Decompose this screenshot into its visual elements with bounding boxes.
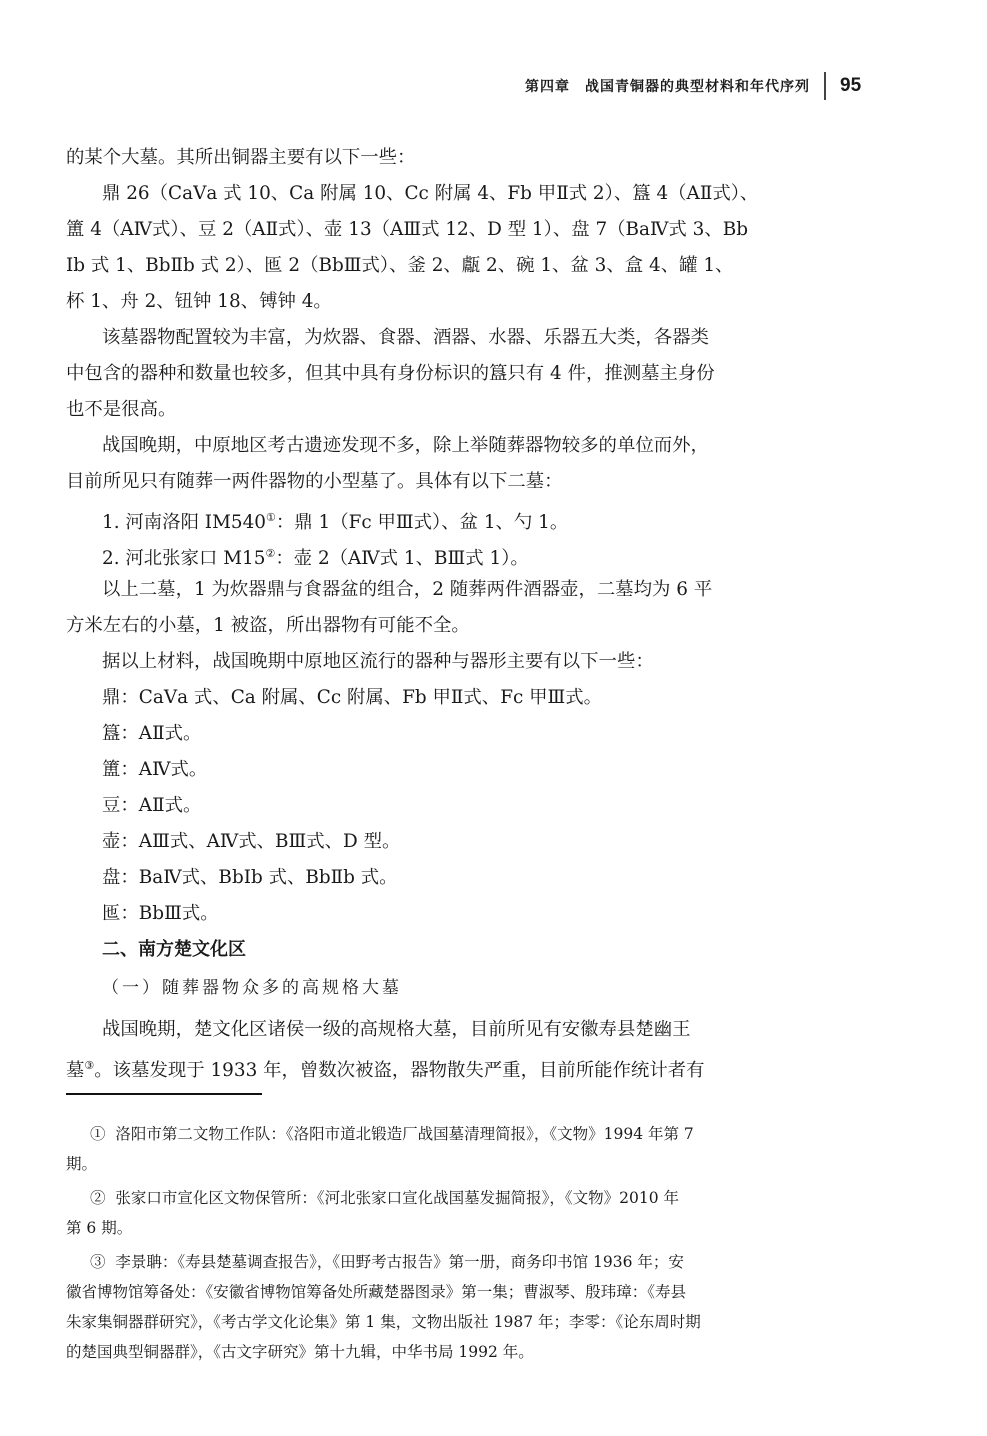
- footnote-3-cont: 的楚国典型铜器群》，《古文字研究》第十九辑，中华书局 1992 年。: [66, 1341, 534, 1363]
- vessel-forms: ：BbⅢ式。: [120, 903, 218, 924]
- paragraph-line: 杯 1、舟 2、钮钟 18、镈钟 4。: [66, 290, 332, 314]
- paragraph-line: 墓③。该墓发现于 1933 年，曾数次被盗，器物散失严重，目前所能作统计者有: [66, 1054, 705, 1078]
- tomb-contents: ：鼎 1（Fc 甲Ⅲ式）、盆 1、勺 1。: [276, 512, 568, 533]
- text-fragment: 。该墓发现于 1933 年，曾数次被盗，器物散失严重，目前所能作统计者有: [94, 1060, 704, 1081]
- paragraph-line: Ⅰb 式 1、BbⅡb 式 2）、匜 2（BbⅢ式）、釜 2、甗 2、碗 1、盆…: [66, 254, 733, 278]
- footnote-3-cont: 徽省博物馆筹备处：《安徽省博物馆筹备处所藏楚器图录》第一集；曹淑琴、殷玮璋：《寿…: [66, 1281, 686, 1303]
- paragraph-line: 目前所见只有随葬一两件器物的小型墓了。具体有以下二墓：: [66, 470, 563, 494]
- chapter-title: 第四章 战国青铜器的典型材料和年代序列: [525, 76, 810, 96]
- footnote-3-cont: 朱家集铜器群研究》，《考古学文化论集》第 1 集，文物出版社 1987 年；李零…: [66, 1311, 701, 1333]
- header-divider: [824, 72, 826, 100]
- paragraph-line: 战国晚期，楚文化区诸侯一级的高规格大墓，目前所见有安徽寿县楚幽王: [102, 1018, 691, 1042]
- paragraph-line: 中包含的器种和数量也较多，但其中具有身份标识的簋只有 4 件，推测墓主身份: [66, 362, 715, 386]
- footnote-ref-3[interactable]: ③: [84, 1059, 94, 1072]
- subsection-heading: （一）随葬器物众多的高规格大墓: [102, 976, 402, 1000]
- footnote-2: ② 张家口市宣化区文物保管所：《河北张家口宣化战国墓发掘简报》，《文物》2010…: [90, 1187, 679, 1209]
- paragraph-line: 据以上材料，战国晚期中原地区流行的器种与器形主要有以下一些：: [102, 650, 654, 674]
- vessel-name: 鼎: [102, 687, 120, 708]
- footnote-text: 洛阳市第二文物工作队：《洛阳市道北锻造厂战国墓清理简报》，《文物》1994 年第…: [115, 1125, 693, 1143]
- vessel-name: 豆: [102, 795, 120, 816]
- tomb-list-item: 1. 河南洛阳 IM540①：鼎 1（Fc 甲Ⅲ式）、盆 1、勺 1。: [102, 506, 568, 530]
- vessel-name: 壶: [102, 831, 120, 852]
- footnote-marker: ①: [90, 1125, 106, 1143]
- vessel-type-item: 簋：AⅡ式。: [102, 722, 201, 746]
- footnote-ref-1[interactable]: ①: [266, 511, 276, 524]
- paragraph-line: 的某个大墓。其所出铜器主要有以下一些：: [66, 146, 415, 170]
- footnote-marker: ③: [90, 1253, 106, 1271]
- footnote-2-cont: 第 6 期。: [66, 1217, 132, 1239]
- footnote-text: 张家口市宣化区文物保管所：《河北张家口宣化战国墓发掘简报》，《文物》2010 年: [115, 1189, 679, 1207]
- vessel-forms: ：BaⅣ式、BbⅠb 式、BbⅡb 式。: [120, 867, 397, 888]
- vessel-forms: ：AⅣ式。: [120, 759, 207, 780]
- paragraph-line: 战国晚期，中原地区考古遗迹发现不多，除上举随葬器物较多的单位而外，: [102, 434, 709, 458]
- vessel-type-item: 盘：BaⅣ式、BbⅠb 式、BbⅡb 式。: [102, 866, 398, 890]
- paragraph-line: 方米左右的小墓，1 被盗，所出器物有可能不全。: [66, 614, 470, 638]
- vessel-name: 盘: [102, 867, 120, 888]
- section-heading: 二、南方楚文化区: [102, 938, 246, 962]
- vessel-type-item: 簠：AⅣ式。: [102, 758, 207, 782]
- tomb-name: 1. 河南洛阳 IM540: [102, 512, 266, 533]
- tomb-contents: ：壶 2（AⅣ式 1、BⅢ式 1）。: [275, 548, 528, 569]
- tomb-list-item: 2. 河北张家口 M15②：壶 2（AⅣ式 1、BⅢ式 1）。: [102, 542, 529, 566]
- vessel-name: 匜: [102, 903, 120, 924]
- paragraph-line: 该墓器物配置较为丰富，为炊器、食器、酒器、水器、乐器五大类，各器类: [102, 326, 709, 350]
- footnote-marker: ②: [90, 1189, 106, 1207]
- vessel-type-item: 鼎：CaⅤa 式、Ca 附属、Cc 附属、Fb 甲Ⅱ式、Fc 甲Ⅲ式。: [102, 686, 602, 710]
- footnote-1: ① 洛阳市第二文物工作队：《洛阳市道北锻造厂战国墓清理简报》，《文物》1994 …: [90, 1123, 694, 1145]
- tomb-name: 2. 河北张家口 M15: [102, 548, 265, 569]
- vessel-forms: ：AⅡ式。: [120, 723, 201, 744]
- footnote-rule: [66, 1093, 262, 1095]
- paragraph-line: 簠 4（AⅣ式）、豆 2（AⅡ式）、壶 13（AⅢ式 12、D 型 1）、盘 7…: [66, 218, 748, 242]
- footnote-text: 李景聃：《寿县楚墓调查报告》，《田野考古报告》第一册，商务印书馆 1936 年；…: [115, 1253, 684, 1271]
- footnote-ref-2[interactable]: ②: [265, 547, 275, 560]
- page-number: 95: [840, 75, 861, 97]
- vessel-forms: ：CaⅤa 式、Ca 附属、Cc 附属、Fb 甲Ⅱ式、Fc 甲Ⅲ式。: [120, 687, 602, 708]
- vessel-type-item: 匜：BbⅢ式。: [102, 902, 219, 926]
- vessel-forms: ：AⅡ式。: [120, 795, 201, 816]
- vessel-forms: ：AⅢ式、AⅣ式、BⅢ式、D 型。: [120, 831, 400, 852]
- footnote-1-cont: 期。: [66, 1153, 97, 1175]
- vessel-name: 簠: [102, 759, 120, 780]
- running-head: 第四章 战国青铜器的典型材料和年代序列 95: [525, 72, 925, 100]
- footnote-3: ③ 李景聃：《寿县楚墓调查报告》，《田野考古报告》第一册，商务印书馆 1936 …: [90, 1251, 684, 1273]
- vessel-name: 簋: [102, 723, 120, 744]
- vessel-type-item: 豆：AⅡ式。: [102, 794, 201, 818]
- paragraph-line: 以上二墓，1 为炊器鼎与食器盆的组合，2 随葬两件酒器壶，二墓均为 6 平: [102, 578, 712, 602]
- vessel-type-item: 壶：AⅢ式、AⅣ式、BⅢ式、D 型。: [102, 830, 400, 854]
- text-fragment: 墓: [66, 1060, 84, 1081]
- paragraph-line: 也不是很高。: [66, 398, 176, 422]
- paragraph-line: 鼎 26（CaⅤa 式 10、Ca 附属 10、Cc 附属 4、Fb 甲Ⅱ式 2…: [102, 182, 758, 206]
